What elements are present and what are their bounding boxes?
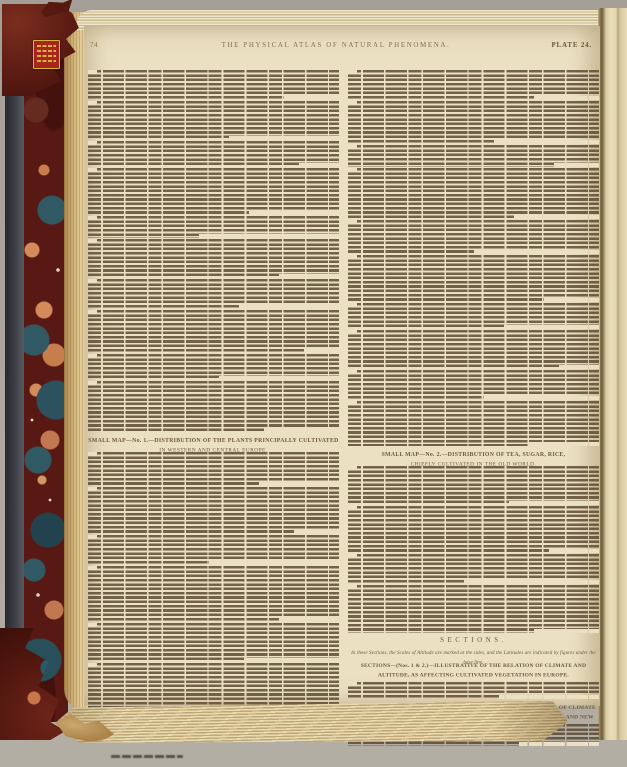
paragraph-block — [88, 452, 339, 486]
page-title: THE PHYSICAL ATLAS OF NATURAL PHENOMENA. — [150, 41, 522, 49]
plate-number: PLATE 24. — [522, 41, 592, 49]
paragraph-block — [88, 216, 339, 238]
paragraph-block — [88, 566, 339, 622]
paragraph-block — [348, 506, 599, 553]
paragraph-block — [348, 70, 599, 100]
gutter-pages — [598, 8, 627, 740]
paragraph-block — [348, 401, 599, 446]
sections-1-2-heading-text: SECTIONS—(Nos. 1 & 2.)—ILLUSTRATIVE OF T… — [361, 663, 586, 678]
text-columns: SMALL MAP—No. 1.—DISTRIBUTION OF THE PLA… — [88, 70, 599, 747]
paragraph-block — [348, 220, 599, 254]
sections-1-2-heading: SECTIONS—(Nos. 1 & 2.)—ILLUSTRATIVE OF T… — [348, 660, 599, 679]
paragraph-block — [88, 354, 339, 380]
paragraph-block — [348, 466, 599, 505]
library-label-text-lines — [37, 45, 56, 63]
paragraph-block — [348, 168, 599, 219]
paragraph-block — [348, 682, 599, 699]
paragraph-block — [348, 330, 599, 369]
paragraph-block — [88, 70, 339, 100]
paragraph-block — [348, 554, 599, 584]
sections-heading: SECTIONS. — [348, 636, 599, 644]
paragraph-block — [348, 585, 599, 633]
paragraph-block — [88, 239, 339, 278]
paragraph-block — [88, 535, 339, 565]
small-map-1-heading: SMALL MAP—No. 1.—DISTRIBUTION OF THE PLA… — [88, 435, 339, 449]
paragraph-block — [88, 487, 339, 534]
paragraph-block — [88, 381, 339, 432]
paragraph-block — [88, 168, 339, 215]
paragraph-block — [88, 279, 339, 309]
paragraph-block — [348, 101, 599, 144]
paragraph-block — [88, 101, 339, 140]
paragraph-block — [88, 623, 339, 662]
text-column-right: SMALL MAP—No. 2.—DISTRIBUTION OF TEA, SU… — [348, 70, 599, 747]
scan-credit-line — [111, 755, 183, 758]
small-map-2-heading: SMALL MAP—No. 2.—DISTRIBUTION OF TEA, SU… — [348, 449, 599, 463]
paragraph-block — [88, 141, 339, 167]
paragraph-block — [348, 303, 599, 329]
text-column-left: SMALL MAP—No. 1.—DISTRIBUTION OF THE PLA… — [88, 70, 339, 747]
small-map-2-heading-line1: SMALL MAP—No. 2.—DISTRIBUTION OF TEA, SU… — [382, 451, 566, 457]
paragraph-block — [88, 310, 339, 353]
marbled-cover-paper — [24, 10, 68, 722]
page-number: 74 — [90, 41, 150, 49]
scanned-atlas-page-photo: 74 THE PHYSICAL ATLAS OF NATURAL PHENOME… — [0, 0, 627, 767]
paragraph-block — [348, 255, 599, 302]
paragraph-block — [348, 145, 599, 167]
small-map-1-heading-line1: SMALL MAP—No. 1.—DISTRIBUTION OF THE PLA… — [88, 437, 338, 443]
atlas-text-page: 74 THE PHYSICAL ATLAS OF NATURAL PHENOME… — [84, 26, 600, 706]
paragraph-block — [348, 370, 599, 400]
library-label — [33, 40, 60, 69]
page-bottom-edge-stack — [58, 701, 568, 745]
page-header: 74 THE PHYSICAL ATLAS OF NATURAL PHENOME… — [90, 41, 592, 49]
sections-note: In these Sections, the Scales of Altitud… — [348, 647, 599, 657]
